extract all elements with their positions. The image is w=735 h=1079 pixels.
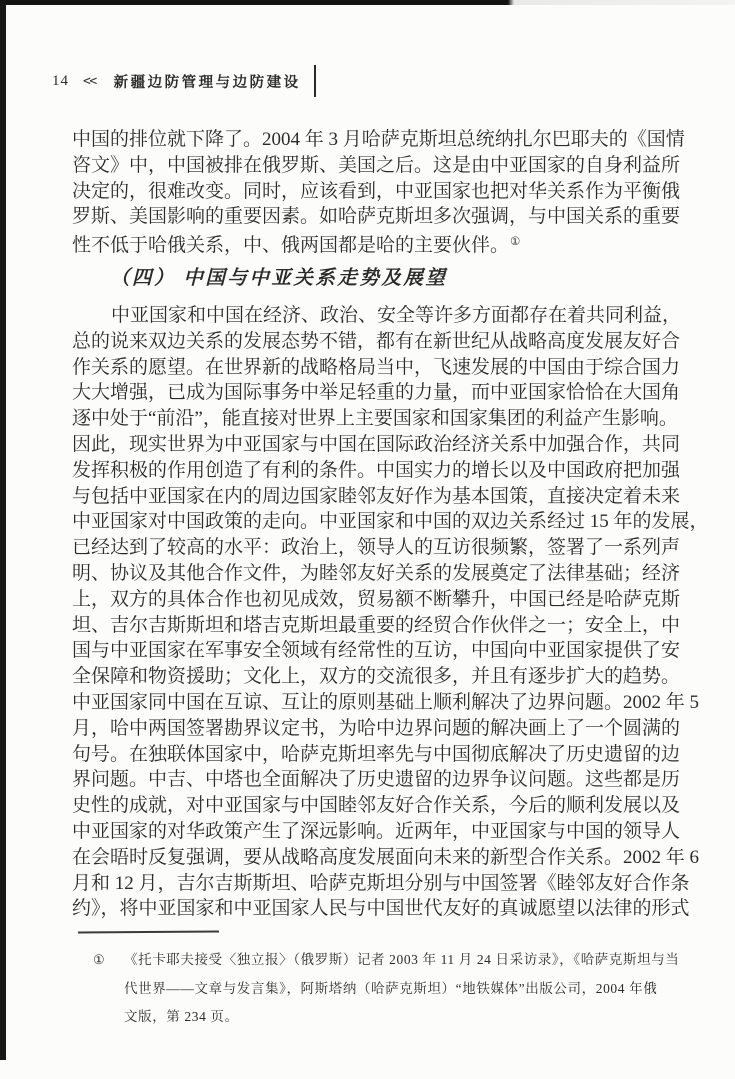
body-line: 性不低于哈俄关系，中、俄两国都是哈的主要伙伴。① — [72, 230, 671, 256]
body-line: 罗斯、美国影响的重要因素。如哈萨克斯坦多次强调，与中国关系的重要 — [72, 204, 671, 230]
body-line: 决定的，很难改变。同时，应该看到，中亚国家也把对华关系作为平衡俄 — [72, 179, 671, 205]
chevrons-icon: << — [83, 74, 96, 89]
body-line: 月，哈中两国签署勘界议定书，为哈中边界问题的解决画上了一个圆满的 — [72, 716, 671, 742]
scan-edge-left — [0, 0, 6, 1060]
body-line: 中国的排位就下降了。2004 年 3 月哈萨克斯坦总统纳扎尔巴耶夫的《国情 — [72, 127, 671, 153]
footnote-line: 文版，第 234 页。 — [124, 1003, 657, 1032]
body-line: 史性的成就，对中亚国家与中国睦邻友好合作关系，今后的顺利发展以及 — [72, 793, 671, 819]
body-line: 中亚国家对中国政策的走向。中亚国家和中国的双边关系经过 15 年的发展， — [72, 509, 671, 535]
body-line: 中亚国家和中国在经济、政治、安全等许多方面都存在着共同利益， — [72, 303, 671, 329]
body-line: 咨文》中，中国被排在俄罗斯、美国之后。这是由中亚国家的自身利益所 — [72, 153, 671, 179]
body-line: 月和 12 月，吉尔吉斯斯坦、哈萨克斯坦分别与中国签署《睦邻友好合作条 — [72, 871, 671, 897]
body-line: 中亚国家的对华政策产生了深远影响。近两年，中亚国家与中国的领导人 — [72, 819, 671, 845]
body-line: 在会晤时反复强调，要从战略高度发展面向未来的新型合作关系。2002 年 6 — [72, 845, 671, 871]
footnote-line: 代世界——文章与发言集》，阿斯塔纳（哈萨克斯坦）“地铁媒体”出版公司，2004 … — [124, 975, 657, 1004]
body-line: 明、协议及其他合作文件，为睦邻友好关系的发展奠定了法律基础；经济 — [72, 561, 671, 587]
body-line: 句号。在独联体国家中，哈萨克斯坦率先与中国彻底解决了历史遗留的边 — [72, 742, 671, 768]
body-line: 发挥积极的作用创造了有利的条件。中国实力的增长以及中国政府把加强 — [72, 458, 671, 484]
footnote-line: 《托卡耶夫接受〈独立报〉（俄罗斯）记者 2003 年 11 月 24 日采访录》… — [124, 946, 657, 975]
body-line: 中亚国家同中国在互谅、互让的原则基础上顺利解决了边界问题。2002 年 5 — [72, 690, 671, 716]
header-divider — [314, 65, 316, 97]
page-header: 14 << 新疆边防管理与边防建设 — [52, 64, 316, 98]
body-line: 作关系的愿望。在世界新的战略格局当中，飞速发展的中国由于综合国力 — [72, 355, 671, 381]
footnote-ref: ① — [510, 236, 520, 248]
footnote-marker: ① — [93, 946, 105, 975]
footnote-separator — [78, 931, 219, 934]
body-line: 逐中处于“前沿”，能直接对世界上主要国家和国家集团的利益产生影响。 — [72, 406, 671, 432]
footnote: 《托卡耶夫接受〈独立报〉（俄罗斯）记者 2003 年 11 月 24 日采访录》… — [124, 946, 657, 1032]
body-line: 约》，将中亚国家和中亚国家人民与中国世代友好的真诚愿望以法律的形式 — [72, 896, 671, 922]
body-line: 总的说来双边关系的发展态势不错，都有在新世纪从战略高度发展友好合 — [72, 329, 671, 355]
body-line: 与包括中亚国家在内的周边国家睦邻友好作为基本国策，直接决定着未来 — [72, 484, 671, 510]
main-paragraph: 中亚国家和中国在经济、政治、安全等许多方面都存在着共同利益， 总的说来双边关系的… — [72, 303, 671, 922]
page-number: 14 — [52, 73, 69, 90]
body-line-text: 性不低于哈俄关系，中、俄两国都是哈的主要伙伴。 — [72, 235, 509, 256]
body-line: 已经达到了较高的水平：政治上，领导人的互访很频繁，签署了一系列声 — [72, 535, 671, 561]
body-line: 全保障和物资援助；文化上，双方的交流很多，并且有逐步扩大的趋势。 — [72, 664, 671, 690]
body-line: 因此，现实世界为中亚国家与中国在国际政治经济关系中加强合作，共同 — [72, 432, 671, 458]
body-line: 大大增强，已成为国际事务中举足轻重的力量，而中亚国家恰恰在大国角 — [72, 380, 671, 406]
scan-edge-top — [0, 0, 735, 5]
body-line: 坦、吉尔吉斯斯坦和塔吉克斯坦最重要的经贸合作伙伴之一；安全上，中 — [72, 613, 671, 639]
body-line: 国与中亚国家在军事安全领域有经常性的互访，中国向中亚国家提供了安 — [72, 638, 671, 664]
body-line: 界问题。中吉、中塔也全面解决了历史遗留的边界争议问题。这些都是历 — [72, 767, 671, 793]
body-line: 上，双方的具体合作也初见成效，贸易额不断攀升，中国已经是哈萨克斯 — [72, 587, 671, 613]
section-heading: （四） 中国与中亚关系走势及展望 — [110, 266, 447, 292]
book-title: 新疆边防管理与边防建设 — [114, 71, 301, 92]
paragraph-continuation: 中国的排位就下降了。2004 年 3 月哈萨克斯坦总统纳扎尔巴耶夫的《国情 咨文… — [72, 127, 671, 256]
